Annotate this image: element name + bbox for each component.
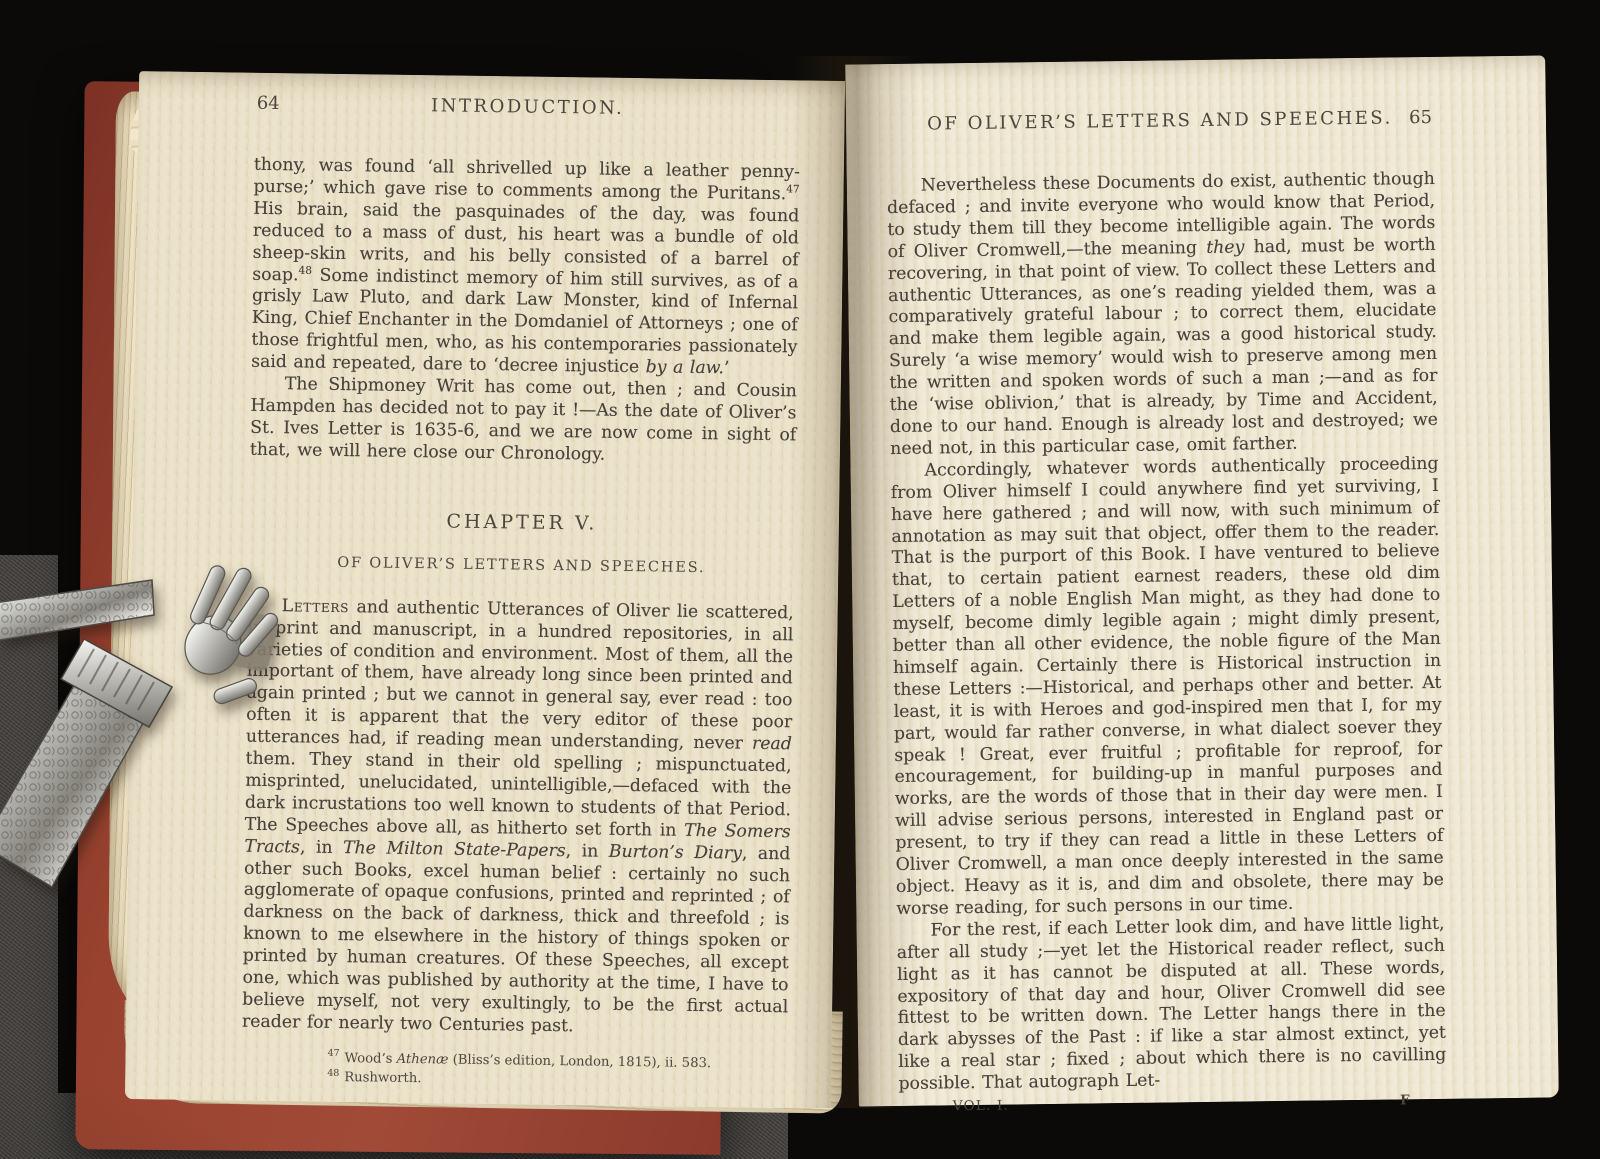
left-running-head: 64 INTRODUCTION. <box>255 93 801 127</box>
right-running-header-title: OF OLIVER’S LETTERS AND SPEECHES. <box>886 107 1434 135</box>
paragraph: For the rest, if each Letter look dim, a… <box>896 914 1446 1096</box>
paragraph: thony, was found ‘all shrivelled up like… <box>251 155 800 382</box>
footnote-text: Wood’s Athenæ (Bliss’s edition, London, … <box>344 1051 711 1071</box>
paragraph: Nevertheless these Documents do exist, a… <box>887 169 1439 461</box>
book-photograph: { "book_photo": { "background_color": "#… <box>0 0 1600 1159</box>
footnote-marker: 48 <box>327 1068 339 1079</box>
footnote-text: Rushworth. <box>344 1070 421 1086</box>
right-page: OF OLIVER’S LETTERS AND SPEECHES. 65 Nev… <box>845 55 1559 1106</box>
right-page-number: 65 <box>1409 107 1432 128</box>
signature-mark: F <box>1400 1092 1411 1108</box>
volume-label: VOL. I. <box>953 1098 1009 1115</box>
left-running-header-title: INTRODUCTION. <box>255 93 801 122</box>
right-running-head: OF OLIVER’S LETTERS AND SPEECHES. 65 <box>886 107 1434 140</box>
footnote-marker: 47 <box>327 1048 339 1059</box>
footnotes: 47Wood’s Athenæ (Bliss’s edition, London… <box>327 1049 787 1094</box>
silver-hand-bookmark <box>0 553 285 898</box>
paragraph: Letters and authentic Utterances of Oliv… <box>242 595 794 1041</box>
chapter-heading: CHAPTER V. <box>249 507 795 537</box>
paragraph: Accordingly, whatever words authenticall… <box>890 454 1444 921</box>
hand-icon <box>151 553 285 720</box>
chapter-subheading: OF OLIVER’S LETTERS AND SPEECHES. <box>248 553 794 577</box>
engraved-band-upper <box>0 580 154 641</box>
paragraph: The Shipmoney Writ has come out, then ; … <box>250 374 797 469</box>
page-footer: VOL. I. F <box>953 1092 1411 1114</box>
